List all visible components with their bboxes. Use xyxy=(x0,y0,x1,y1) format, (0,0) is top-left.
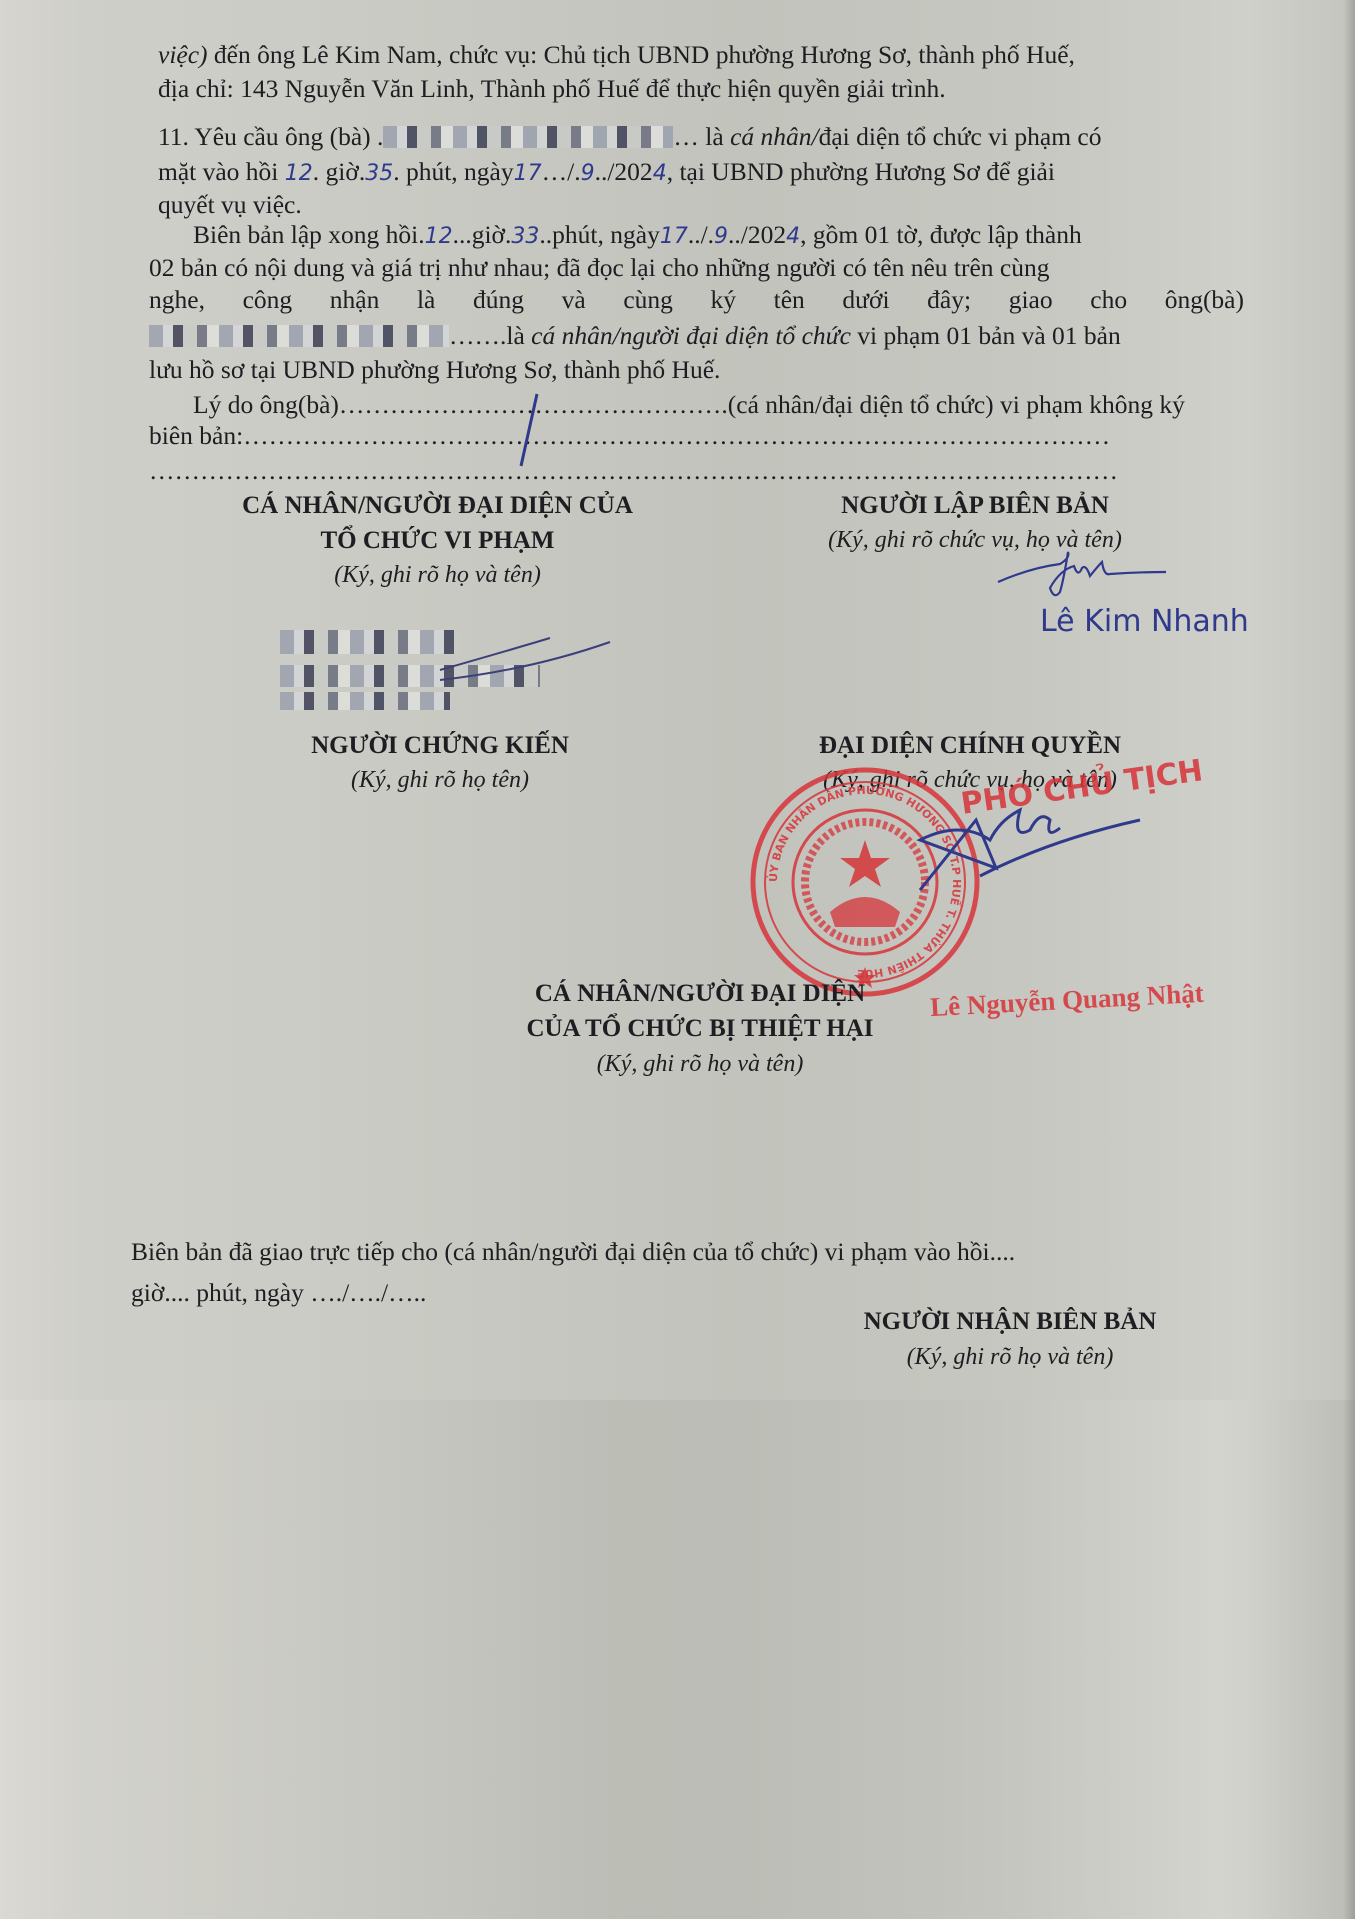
handwritten-day: 17 xyxy=(660,224,688,249)
text: ../202 xyxy=(595,157,653,186)
authority-signature xyxy=(880,780,1160,920)
handwritten-hour: 12 xyxy=(285,161,313,186)
handwritten-day: 17 xyxy=(514,161,542,186)
handwritten-year: 4 xyxy=(653,161,667,186)
closing-line-4: …….là cá nhân/người đại diện tổ chức vi … xyxy=(149,320,1121,351)
handwritten-minute: 33 xyxy=(511,224,539,249)
violator-note: (Ký, ghi rõ họ và tên) xyxy=(180,560,695,590)
redacted-signature xyxy=(280,692,450,710)
closing-line-5: lưu hồ sơ tại UBND phường Hương Sơ, thàn… xyxy=(149,354,720,385)
recorder-handwritten-name: Lê Kim Nhanh xyxy=(1040,604,1249,639)
witness-title: NGƯỜI CHỨNG KIẾN xyxy=(250,730,630,762)
text: …/. xyxy=(542,157,581,186)
reason-line-1: Lý do ông(bà)……………………………………….(cá nhân/đạ… xyxy=(193,389,1185,420)
handwritten-month: 9 xyxy=(581,161,595,186)
item-11-line-3: quyết vụ việc. xyxy=(158,189,302,220)
reason-line-3: …………………………………………………………………………………………………… xyxy=(149,455,1239,486)
intro-text: đến ông Lê Kim Nam, chức vụ: Chủ tịch UB… xyxy=(208,40,1075,69)
paper-edge xyxy=(1343,0,1355,1919)
intro-line-2: địa chỉ: 143 Nguyễn Văn Linh, Thành phố … xyxy=(158,73,946,104)
handwritten-year: 4 xyxy=(786,224,800,249)
closing-line-2: 02 bản có nội dung và giá trị như nhau; … xyxy=(149,252,1049,283)
witness-note: (Ký, ghi rõ họ tên) xyxy=(250,765,630,795)
redacted-name xyxy=(149,325,449,347)
text: , tại UBND phường Hương Sơ để giải xyxy=(667,157,1055,186)
closing-line-1: Biên bản lập xong hồi.12...giờ.33..phút,… xyxy=(193,219,1082,252)
text: ...giờ. xyxy=(453,220,512,249)
text: , gồm 01 tờ, được lập thành xyxy=(800,220,1082,249)
handwritten-month: 9 xyxy=(714,224,728,249)
text: . phút, ngày xyxy=(393,157,513,186)
item-11-italic: cá nhân/ xyxy=(730,122,819,151)
item-11-line-2: mặt vào hồi 12. giờ.35. phút, ngày17…/.9… xyxy=(158,156,1055,189)
item-11-suffix: đại diện tổ chức vi phạm có xyxy=(819,122,1102,151)
text: Lý do ông(bà)……………………… xyxy=(193,390,568,419)
authority-title: ĐẠI DIỆN CHÍNH QUYỀN xyxy=(760,730,1180,762)
closing-line-3: nghe, công nhận là đúng và cùng ký tên d… xyxy=(149,284,1244,315)
text: ……………….(cá nhân/đại diện tổ chức) vi phạ… xyxy=(568,390,1184,419)
victim-title-line-1: CÁ NHÂN/NGƯỜI ĐẠI DIỆN xyxy=(470,978,930,1010)
handwritten-minute: 35 xyxy=(365,161,393,186)
item-11-line-1: 11. Yêu cầu ông (bà) .… là cá nhân/đại d… xyxy=(158,121,1102,152)
text: Biên bản lập xong hồi. xyxy=(193,220,425,249)
italic-text: cá nhân/người đại diện tổ chức xyxy=(531,321,851,350)
delivery-line-1: Biên bản đã giao trực tiếp cho (cá nhân/… xyxy=(131,1236,1015,1267)
handwritten-hour: 12 xyxy=(425,224,453,249)
intro-italic: việc) xyxy=(158,40,208,69)
text: …….là xyxy=(449,321,531,350)
item-11-mid: … là xyxy=(673,122,730,151)
text: mặt vào hồi xyxy=(158,157,285,186)
intro-line-1: việc) đến ông Lê Kim Nam, chức vụ: Chủ t… xyxy=(158,39,1075,70)
text: ../. xyxy=(688,220,714,249)
victim-note: (Ký, ghi rõ họ và tên) xyxy=(470,1049,930,1079)
text: ..phút, ngày xyxy=(539,220,659,249)
text: ../202 xyxy=(728,220,786,249)
receiver-note: (Ký, ghi rõ họ và tên) xyxy=(800,1342,1220,1372)
text: . giờ. xyxy=(313,157,365,186)
violator-title-line-2: TỔ CHỨC VI PHẠM xyxy=(180,525,695,557)
reason-line-2: biên bản:…………………………………………………………………………………… xyxy=(149,420,1239,451)
receiver-title: NGƯỜI NHẬN BIÊN BẢN xyxy=(800,1306,1220,1338)
redacted-name xyxy=(383,126,673,148)
pen-strike-mark xyxy=(515,390,545,470)
victim-title-line-2: CỦA TỔ CHỨC BỊ THIỆT HẠI xyxy=(470,1013,930,1045)
violator-signature-stroke xyxy=(430,630,630,700)
recorder-title: NGƯỜI LẬP BIÊN BẢN xyxy=(760,490,1190,522)
item-11-prefix: 11. Yêu cầu ông (bà) . xyxy=(158,122,383,151)
violator-title-line-1: CÁ NHÂN/NGƯỜI ĐẠI DIỆN CỦA xyxy=(180,490,695,522)
delivery-line-2: giờ.... phút, ngày …./…./….. xyxy=(131,1277,426,1308)
text: vi phạm 01 bản và 01 bản xyxy=(851,321,1121,350)
paper-shadow xyxy=(0,1400,1355,1919)
